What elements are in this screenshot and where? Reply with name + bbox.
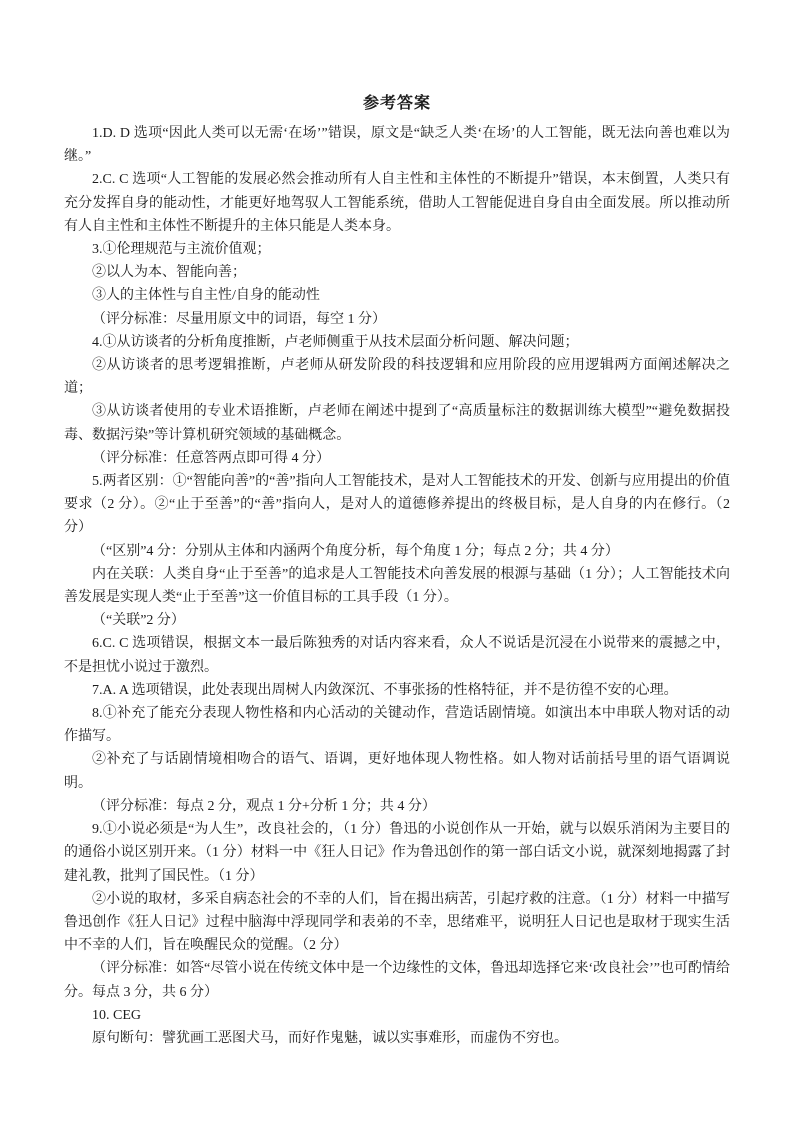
answer-paragraph-23: 10. CEG	[64, 1004, 730, 1027]
answer-paragraph-9: ③从访谈者使用的专业术语推断，卢老师在阐述中提到了“高质量标注的数据训练大模型”…	[64, 400, 730, 446]
answer-paragraph-4: ②以人为本、智能向善；	[64, 261, 730, 284]
answer-paragraph-7: 4.①从访谈者的分析角度推断，卢老师侧重于从技术层面分析问题、解决问题；	[64, 331, 730, 354]
answer-paragraph-24: 原句断句：譬犹画工恶图犬马，而好作鬼魅，诚以实事难形，而虚伪不穷也。	[64, 1027, 730, 1050]
answer-paragraph-15: 6.C. C 选项错误，根据文本一最后陈独秀的对话内容来看，众人不说话是沉浸在小…	[64, 632, 730, 678]
answer-paragraph-11: 5.两者区别：①“智能向善”的“善”指向人工智能技术，是对人工智能技术的开发、创…	[64, 470, 730, 540]
answer-paragraph-20: 9.①小说必须是“为人生”，改良社会的，（1 分）鲁迅的小说创作从一开始，就与以…	[64, 818, 730, 888]
answer-paragraph-2: 2.C. C 选项“人工智能的发展必然会推动所有人自主性和主体性的不断提升”错误…	[64, 168, 730, 238]
document-title: 参考答案	[64, 92, 730, 115]
answer-paragraph-1: 1.D. D 选项“因此人类可以无需‘在场’”错误，原文是“缺乏人类‘在场’的人…	[64, 122, 730, 168]
answer-paragraph-21: ②小说的取材，多采自病态社会的不幸的人们，旨在揭出病苦，引起疗救的注意。（1 分…	[64, 888, 730, 958]
answer-paragraph-12: （“区别”4 分：分别从主体和内涵两个角度分析，每个角度 1 分；每点 2 分；…	[64, 540, 730, 563]
answer-paragraph-18: ②补充了与话剧情境相吻合的语气、语调，更好地体现人物性格。如人物对话前括号里的语…	[64, 748, 730, 794]
document-body: 1.D. D 选项“因此人类可以无需‘在场’”错误，原文是“缺乏人类‘在场’的人…	[64, 122, 730, 1050]
answer-paragraph-13: 内在关联：人类自身“止于至善”的追求是人工智能技术向善发展的根源与基础（1 分）…	[64, 563, 730, 609]
answer-paragraph-6: （评分标准：尽量用原文中的词语，每空 1 分）	[64, 308, 730, 331]
answer-paragraph-5: ③人的主体性与自主性/自身的能动性	[64, 284, 730, 307]
answer-paragraph-22: （评分标准：如答“尽管小说在传统文体中是一个边缘性的文体，鲁迅却选择它来‘改良社…	[64, 957, 730, 1003]
answer-paragraph-19: （评分标准：每点 2 分，观点 1 分+分析 1 分；共 4 分）	[64, 795, 730, 818]
answer-paragraph-10: （评分标准：任意答两点即可得 4 分）	[64, 447, 730, 470]
document-page: 参考答案 1.D. D 选项“因此人类可以无需‘在场’”错误，原文是“缺乏人类‘…	[0, 0, 793, 1121]
answer-paragraph-14: （“关联”2 分）	[64, 609, 730, 632]
answer-paragraph-17: 8.①补充了能充分表现人物性格和内心活动的关键动作，营造话剧情境。如演出本中串联…	[64, 702, 730, 748]
answer-paragraph-8: ②从访谈者的思考逻辑推断，卢老师从研发阶段的科技逻辑和应用阶段的应用逻辑两方面阐…	[64, 354, 730, 400]
answer-paragraph-3: 3.①伦理规范与主流价值观；	[64, 238, 730, 261]
answer-paragraph-16: 7.A. A 选项错误，此处表现出周树人内敛深沉、不事张扬的性格特征，并不是彷徨…	[64, 679, 730, 702]
